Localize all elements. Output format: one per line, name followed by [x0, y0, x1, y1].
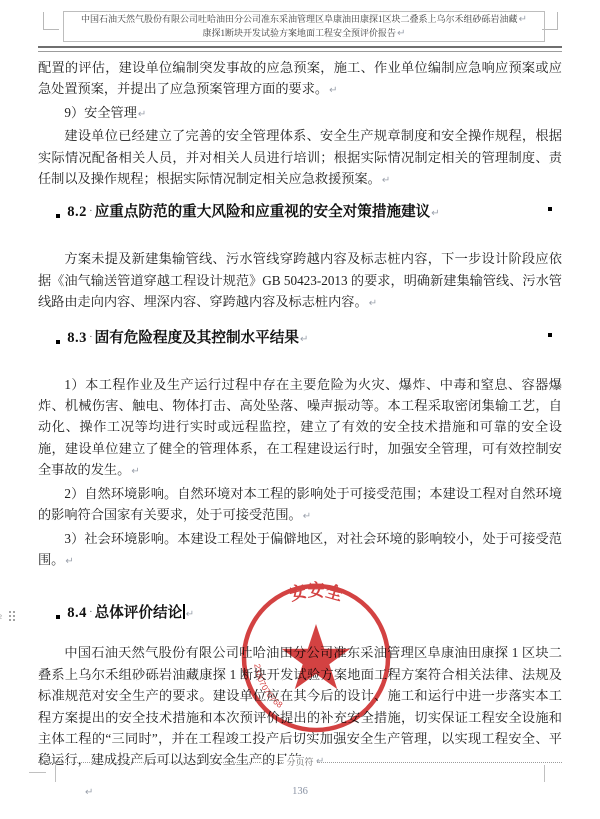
paragraph-return-icon: ↵ — [369, 298, 377, 309]
text-cursor — [183, 604, 185, 619]
paragraph-pipeline-crossing: 方案未提及新建集输管线、污水管线穿跨越内容及标志桩内容，下一步设计阶段应依据《油… — [38, 248, 562, 314]
paragraph-return-icon: ↵ — [131, 466, 139, 477]
page-header: 中国石油天然气股份有限公司吐哈油田分公司准东采油管理区阜康油田康探1区块二叠系上… — [63, 11, 545, 42]
list-item-text: 9）安全管理 — [64, 105, 137, 120]
text-boundary-corner-bottom-left — [29, 772, 46, 773]
heading-text: 总体评价结论 — [95, 605, 183, 621]
header-divider-rule — [38, 46, 562, 52]
space-mark-icon: · — [87, 606, 95, 618]
paragraph-conclusion: 中国石油天然气股份有限公司吐哈油田分公司准东采油管理区阜康油田康探 1 区块二叠… — [38, 642, 562, 772]
paragraph-safety-management: 建设单位已经建立了完善的安全管理体系、安全生产规章制度和安全操作规程，根据实际情… — [38, 125, 562, 191]
header-text-2: 康探1断块开发试验方案地面工程安全预评价报告 — [203, 28, 397, 38]
grammar-marker: H₂ — [0, 605, 15, 625]
format-square-icon — [56, 214, 60, 218]
paragraph-text: 配置的评估，建设单位编制突发事故的应急预案，施工、作业单位编制应急响应预案或应急… — [38, 60, 562, 96]
text-boundary-stub-right — [544, 765, 545, 782]
paragraph-return-icon: ↵ — [138, 109, 146, 120]
paragraph-text: 中国石油天然气股份有限公司吐哈油田分公司准东采油管理区阜康油田康探 1 区块二叠… — [38, 645, 562, 767]
header-line-2: 康探1断块开发试验方案地面工程安全预评价报告↵ — [67, 27, 541, 41]
header-line-1: 中国石油天然气股份有限公司吐哈油田分公司准东采油管理区阜康油田康探1区块二叠系上… — [67, 13, 541, 27]
format-square-icon — [548, 207, 552, 211]
page-break-label: 分页符 — [283, 756, 316, 769]
paragraph-text: 建设单位已经建立了完善的安全管理体系、安全生产规章制度和安全操作规程，根据实际情… — [38, 128, 562, 186]
paragraph-return-icon: ↵ — [300, 334, 308, 345]
heading-number: 8.3 — [67, 330, 87, 346]
paragraph-return-icon: ↵ — [431, 208, 439, 219]
space-mark-icon: · — [87, 205, 95, 217]
paragraph-return-icon: ↵ — [329, 85, 337, 96]
format-square-icon — [548, 333, 552, 337]
list-item-9-safety-management: 9）安全管理↵ — [38, 102, 562, 125]
heading-number: 8.2 — [67, 204, 87, 220]
paragraph-return-icon: ↵ — [397, 28, 405, 39]
paragraph-text: 3）社会环境影响。本建设工程处于偏僻地区，对社会环境的影响较小，处于可接受范围。 — [38, 531, 562, 567]
h2-marker-label: H₂ — [0, 605, 2, 625]
page-number: 136 — [0, 786, 600, 797]
paragraph-text: 1）本工程作业及生产运行过程中存在主要危险为火灾、爆炸、中毒和窒息、容器爆炸、机… — [38, 377, 562, 478]
section-heading-8-4: H₂ 8.4·总体评价结论↵ — [38, 602, 562, 625]
format-square-icon — [56, 615, 60, 619]
drag-dots-icon — [7, 609, 15, 621]
section-heading-8-2: 8.2·应重点防范的重大风险和应重视的安全对策措施建议↵ — [38, 201, 562, 224]
paragraph-return-icon: ↵ — [186, 609, 194, 620]
header-text-1: 中国石油天然气股份有限公司吐哈油田分公司准东采油管理区阜康油田康探1区块二叠系上… — [81, 14, 518, 24]
paragraph-risk-2: 2）自然环境影响。自然环境对本工程的影响处于可接受范围；本建设工程对自然环境的影… — [38, 483, 562, 528]
paragraph-risk-1: 1）本工程作业及生产运行过程中存在主要危险为火灾、爆炸、中毒和窒息、容器爆炸、机… — [38, 374, 562, 483]
heading-text: 固有危险程度及其控制水平结果 — [95, 330, 299, 346]
format-square-icon — [56, 340, 60, 344]
heading-number: 8.4 — [67, 605, 87, 621]
heading-text: 应重点防范的重大风险和应重视的安全对策措施建议 — [95, 204, 431, 220]
text-boundary-corner-top-left — [43, 12, 59, 30]
paragraph-risk-3: 3）社会环境影响。本建设工程处于偏僻地区，对社会环境的影响较小，处于可接受范围。… — [38, 528, 562, 573]
paragraph-return-icon: ↵ — [382, 175, 390, 186]
page-break-line: 分页符 — [38, 762, 562, 763]
document-page: 中国石油天然气股份有限公司吐哈油田分公司准东采油管理区阜康油田康探1区块二叠系上… — [0, 0, 600, 819]
paragraph-return-icon: ↵ — [303, 511, 311, 522]
section-heading-8-3: 8.3·固有危险程度及其控制水平结果↵ — [38, 327, 562, 350]
text-boundary-stub-left — [55, 765, 56, 782]
paragraph-return-icon: ↵ — [519, 14, 527, 25]
paragraph-emergency-plan: 配置的评估，建设单位编制突发事故的应急预案，施工、作业单位编制应急响应预案或应急… — [38, 57, 562, 102]
paragraph-text: 2）自然环境影响。自然环境对本工程的影响处于可接受范围；本建设工程对自然环境的影… — [38, 486, 562, 522]
document-content[interactable]: 配置的评估，建设单位编制突发事故的应急预案，施工、作业单位编制应急响应预案或应急… — [38, 57, 562, 773]
paragraph-text: 方案未提及新建集输管线、污水管线穿跨越内容及标志桩内容，下一步设计阶段应依据《油… — [38, 251, 562, 309]
space-mark-icon: · — [87, 331, 95, 343]
paragraph-return-icon: ↵ — [65, 556, 73, 567]
